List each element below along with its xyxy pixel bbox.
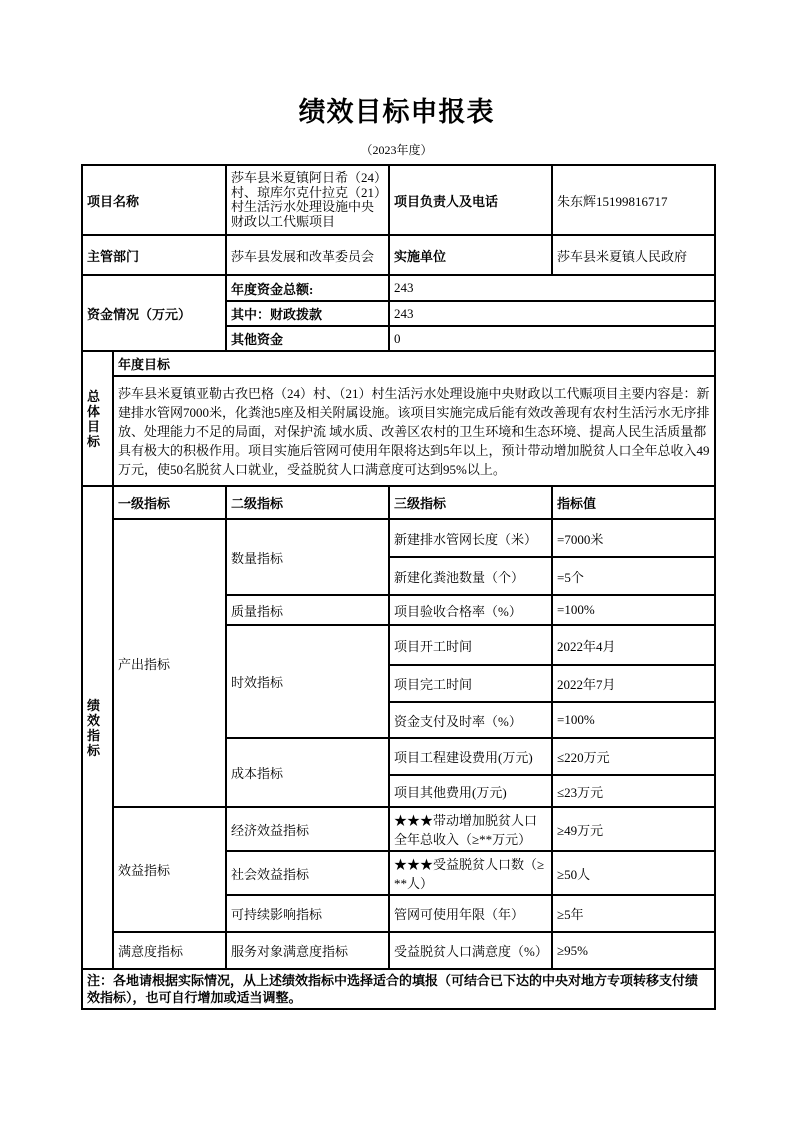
l3-indicator-cell: 受益脱贫人口满意度（%） [389,932,552,969]
indicator-value-cell: ≥49万元 [552,807,715,851]
l1-indicator-cell: 效益指标 [113,807,226,932]
header-level3: 三级指标 [389,486,552,519]
indicator-header-row: 绩效 指标 一级指标 二级指标 三级指标 指标值 [82,486,715,519]
indicator-value-cell: 2022年7月 [552,665,715,702]
funding-other-value: 0 [389,326,715,351]
funding-other-label: 其他资金 [226,326,389,351]
indicator-value-cell: =100% [552,702,715,738]
dept-label: 主管部门 [82,235,226,275]
page-title: 绩效目标申报表 [0,96,793,128]
note-text: 注：各地请根据实际情况，从上述绩效指标中选择适合的填报（可结合已下达的中央对地方… [82,969,715,1009]
l3-indicator-cell: 项目完工时间 [389,665,552,702]
annual-goal-text-row: 莎车县米夏镇亚勒古孜巴格（24）村、（21）村生活污水处理设施中央财政以工代赈项… [82,376,715,486]
l1-indicator-cell: 产出指标 [113,519,226,807]
l2-indicator-cell: 社会效益指标 [226,851,389,895]
indicator-value-cell: 2022年4月 [552,625,715,665]
l3-indicator-cell: ★★★受益脱贫人口数（≥**人） [389,851,552,895]
indicator-row: 满意度指标 服务对象满意度指标 受益脱贫人口满意度（%） ≥95% [82,932,715,969]
funding-fiscal-label: 其中：财政拨款 [226,301,389,326]
leader-label: 项目负责人及电话 [389,165,552,235]
overall-goal-side-label-line1: 总体 [87,389,108,419]
header-value: 指标值 [552,486,715,519]
indicator-value-cell: =7000米 [552,519,715,557]
l3-indicator-cell: 项目验收合格率（%） [389,595,552,625]
l3-indicator-cell: ★★★带动增加脱贫人口全年总收入（≥**万元） [389,807,552,851]
impl-value: 莎车县米夏镇人民政府 [552,235,715,275]
funding-total-row: 资金情况（万元） 年度资金总额: 243 [82,275,715,301]
l3-indicator-cell: 资金支付及时率（%） [389,702,552,738]
header-level1: 一级指标 [113,486,226,519]
impl-label: 实施单位 [389,235,552,275]
indicator-row: 产出指标 数量指标 新建排水管网长度（米） =7000米 [82,519,715,557]
l2-indicator-cell: 经济效益指标 [226,807,389,851]
funding-label: 资金情况（万元） [82,275,226,351]
l3-indicator-cell: 管网可使用年限（年） [389,895,552,932]
l2-indicator-cell: 成本指标 [226,738,389,807]
l3-indicator-cell: 项目开工时间 [389,625,552,665]
overall-goal-side-label: 总体 目标 [82,351,113,486]
indicator-row: 效益指标 经济效益指标 ★★★带动增加脱贫人口全年总收入（≥**万元） ≥49万… [82,807,715,851]
funding-fiscal-value: 243 [389,301,715,326]
indicator-value-cell: ≤23万元 [552,775,715,807]
header-level2: 二级指标 [226,486,389,519]
funding-total-label: 年度资金总额: [226,275,389,301]
leader-value: 朱东辉15199816717 [552,165,715,235]
indicator-value-cell: ≥95% [552,932,715,969]
performance-side-label-line2: 指标 [87,728,108,758]
annual-goal-text: 莎车县米夏镇亚勒古孜巴格（24）村、（21）村生活污水处理设施中央财政以工代赈项… [113,376,715,486]
annual-goal-header-row: 总体 目标 年度目标 [82,351,715,376]
indicator-value-cell: =100% [552,595,715,625]
l3-indicator-cell: 项目其他费用(万元) [389,775,552,807]
project-name-row: 项目名称 莎车县米夏镇阿日希（24）村、琼库尔克什拉克（21）村生活污水处理设施… [82,165,715,235]
performance-target-form: 项目名称 莎车县米夏镇阿日希（24）村、琼库尔克什拉克（21）村生活污水处理设施… [81,164,716,1010]
note-row: 注：各地请根据实际情况，从上述绩效指标中选择适合的填报（可结合已下达的中央对地方… [82,969,715,1009]
indicator-value-cell: ≥50人 [552,851,715,895]
l2-indicator-cell: 可持续影响指标 [226,895,389,932]
dept-value: 莎车县发展和改革委员会 [226,235,389,275]
indicator-value-cell: ≤220万元 [552,738,715,775]
l2-indicator-cell: 时效指标 [226,625,389,738]
funding-total-value: 243 [389,275,715,301]
performance-side-label: 绩效 指标 [82,486,113,969]
department-row: 主管部门 莎车县发展和改革委员会 实施单位 莎车县米夏镇人民政府 [82,235,715,275]
l2-indicator-cell: 服务对象满意度指标 [226,932,389,969]
indicator-value-cell: ≥5年 [552,895,715,932]
project-name-label: 项目名称 [82,165,226,235]
annual-goal-header: 年度目标 [113,351,715,376]
indicator-value-cell: =5个 [552,557,715,595]
l3-indicator-cell: 项目工程建设费用(万元) [389,738,552,775]
performance-side-label-line1: 绩效 [87,698,108,728]
page-subtitle: （2023年度） [0,142,793,158]
project-name-value: 莎车县米夏镇阿日希（24）村、琼库尔克什拉克（21）村生活污水处理设施中央财政以… [226,165,389,235]
l1-indicator-cell: 满意度指标 [113,932,226,969]
l3-indicator-cell: 新建排水管网长度（米） [389,519,552,557]
overall-goal-side-label-line2: 目标 [87,419,108,449]
l2-indicator-cell: 质量指标 [226,595,389,625]
document-page: 绩效目标申报表 （2023年度） 项目名称 莎车县米夏镇阿日希（24）村、琼库尔… [0,0,793,1122]
l2-indicator-cell: 数量指标 [226,519,389,595]
l3-indicator-cell: 新建化粪池数量（个） [389,557,552,595]
